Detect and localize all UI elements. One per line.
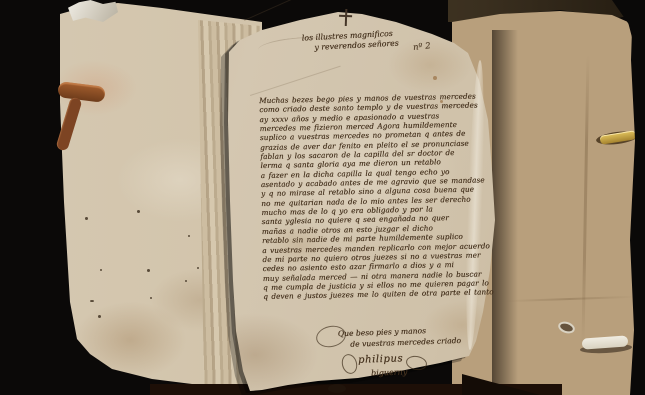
manuscript-photograph: los illustres magnificos y reverendos se… (0, 0, 645, 395)
cross-horizontal-stroke (339, 15, 352, 17)
archival-mark: nº 2 (413, 41, 432, 53)
foxing-spot (433, 76, 437, 80)
ink-speck (98, 315, 101, 318)
ink-speck (185, 280, 187, 282)
signature-surname: biguerny (371, 367, 407, 377)
ink-speck (137, 210, 140, 213)
cross-mark (336, 8, 357, 31)
signature-name: philipus (358, 353, 404, 366)
ink-speck (197, 267, 199, 269)
gutter-shadow (492, 30, 518, 390)
ink-speck (90, 300, 94, 302)
ink-speck (100, 269, 102, 271)
ink-speck (150, 297, 152, 299)
ink-speck (147, 269, 150, 272)
letter-body-text: Muchas bezes bego pies y manos de vuestr… (259, 91, 488, 301)
ink-speck (188, 235, 190, 237)
cross-vertical-stroke (345, 9, 347, 26)
ink-speck (85, 217, 88, 220)
worm-hole (328, 384, 346, 393)
letter-closing: Que beso pies y manos de vuestras merced… (338, 325, 462, 350)
